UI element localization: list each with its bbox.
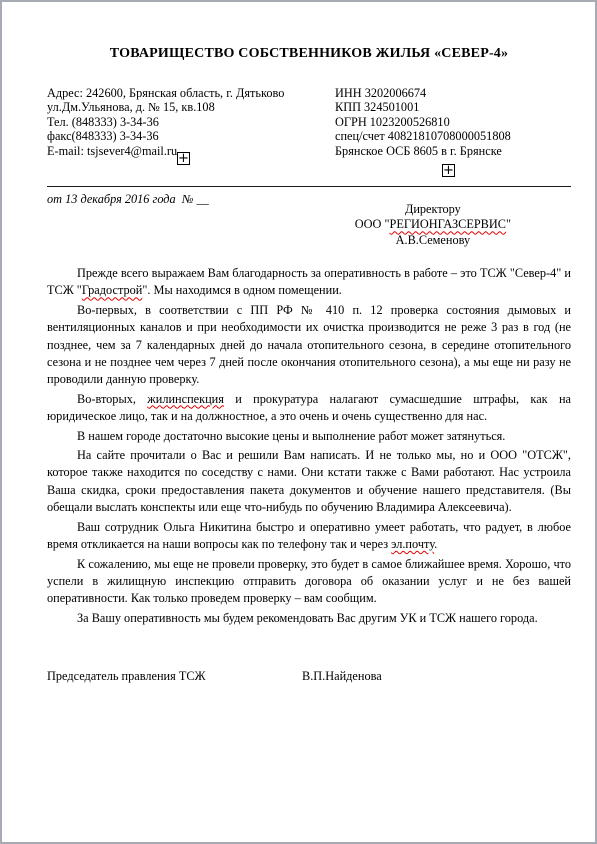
requisites-block: ИНН 3202006674КПП 324501001ОГРН 10232005… <box>335 86 571 158</box>
addressee-line: ООО "РЕГИОНГАЗСЕРВИС" <box>355 217 511 232</box>
addressee-block: ДиректоруООО "РЕГИОНГАЗСЕРВИС"А.В.Семено… <box>355 202 511 248</box>
requisites-line: ИНН 3202006674 <box>335 86 571 100</box>
plus-glyph: + <box>443 164 454 177</box>
paragraph: Во-первых, в соответствии с ПП РФ № 410 … <box>47 302 571 388</box>
misspelled-word: эл.почту <box>391 537 434 551</box>
misspelled-word: РЕГИОНГАЗСЕРВИС <box>390 217 506 231</box>
addressee-line: Директору <box>355 202 511 217</box>
paragraph: Во-вторых, жилинспекция и прокуратура на… <box>47 391 571 425</box>
signature-row: Председатель правления ТСЖ В.П.Найденова <box>47 669 571 684</box>
sender-line: ул.Дм.Ульянова, д. № 15, кв.108 <box>47 100 335 114</box>
table-move-handle-icon-2[interactable]: + <box>442 164 455 177</box>
paragraph: Ваш сотрудник Ольга Никитина быстро и оп… <box>47 519 571 553</box>
signature-name: В.П.Найденова <box>302 669 382 684</box>
paragraph: За Вашу оперативность мы будем рекомендо… <box>47 610 571 627</box>
paragraph: К сожалению, мы еще не провели проверку,… <box>47 556 571 608</box>
sender-line: E-mail: tsjsever4@mail.ru <box>47 144 335 158</box>
paragraph: На сайте прочитали о Вас и решили Вам на… <box>47 447 571 516</box>
misspelled-word: Градострой <box>82 283 143 297</box>
sender-address-block: Адрес: 242600, Брянская область, г. Дять… <box>47 86 335 158</box>
meta-row: от 13 декабря 2016 года № __ ДиректоруОО… <box>47 187 571 248</box>
requisites-line: КПП 324501001 <box>335 100 571 114</box>
table-move-handle-icon-1[interactable]: + <box>177 152 190 165</box>
misspelled-word: жилинспекция <box>147 392 224 406</box>
requisites-line: Брянское ОСБ 8605 в г. Брянске <box>335 144 571 158</box>
page-title: ТОВАРИЩЕСТВО СОБСТВЕННИКОВ ЖИЛЬЯ «СЕВЕР-… <box>47 46 571 62</box>
letterhead: Адрес: 242600, Брянская область, г. Дять… <box>47 86 571 158</box>
letter-body: Прежде всего выражаем Вам благодарность … <box>47 265 571 627</box>
signature-position: Председатель правления ТСЖ <box>47 669 302 684</box>
date-number-line: от 13 декабря 2016 года № __ <box>47 192 209 207</box>
sender-line: Тел. (848333) 3-34-36 <box>47 115 335 129</box>
addressee-line: А.В.Семенову <box>355 233 511 248</box>
paragraph: Прежде всего выражаем Вам благодарность … <box>47 265 571 299</box>
sender-line: факс(848333) 3-34-36 <box>47 129 335 143</box>
sender-line: Адрес: 242600, Брянская область, г. Дять… <box>47 86 335 100</box>
requisites-line: спец/счет 40821810708000051808 <box>335 129 571 143</box>
document-page: ТОВАРИЩЕСТВО СОБСТВЕННИКОВ ЖИЛЬЯ «СЕВЕР-… <box>0 0 597 844</box>
plus-glyph: + <box>178 152 189 165</box>
requisites-line: ОГРН 1023200526810 <box>335 115 571 129</box>
paragraph: В нашем городе достаточно высокие цены и… <box>47 428 571 445</box>
